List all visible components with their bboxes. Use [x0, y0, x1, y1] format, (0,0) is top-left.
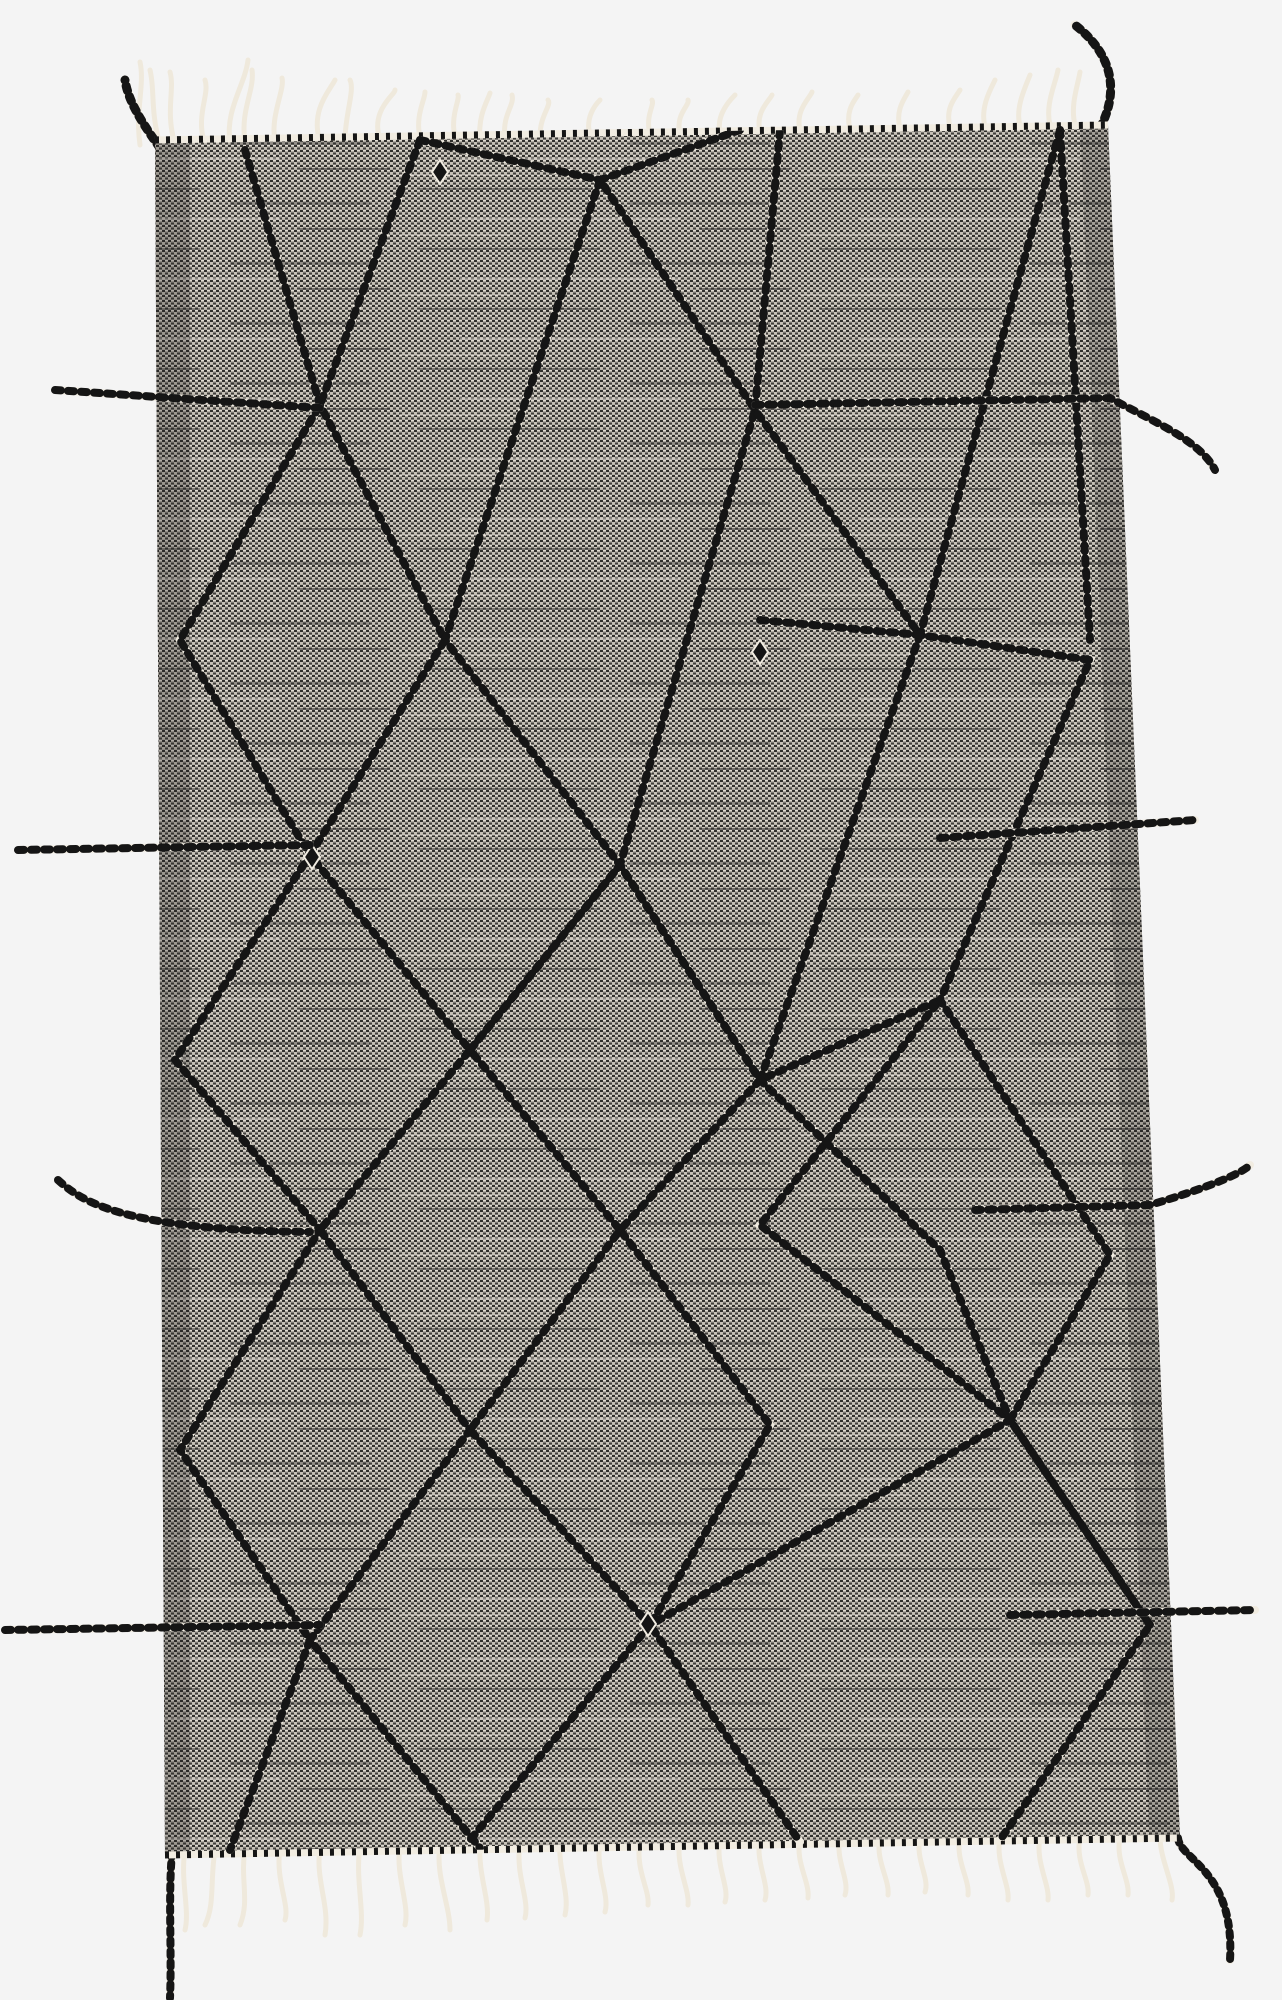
corner-cord-bottom-left: [170, 1852, 172, 1998]
rug-photo: [0, 0, 1282, 2000]
corner-cord-bottom-right: [1178, 1838, 1230, 1960]
